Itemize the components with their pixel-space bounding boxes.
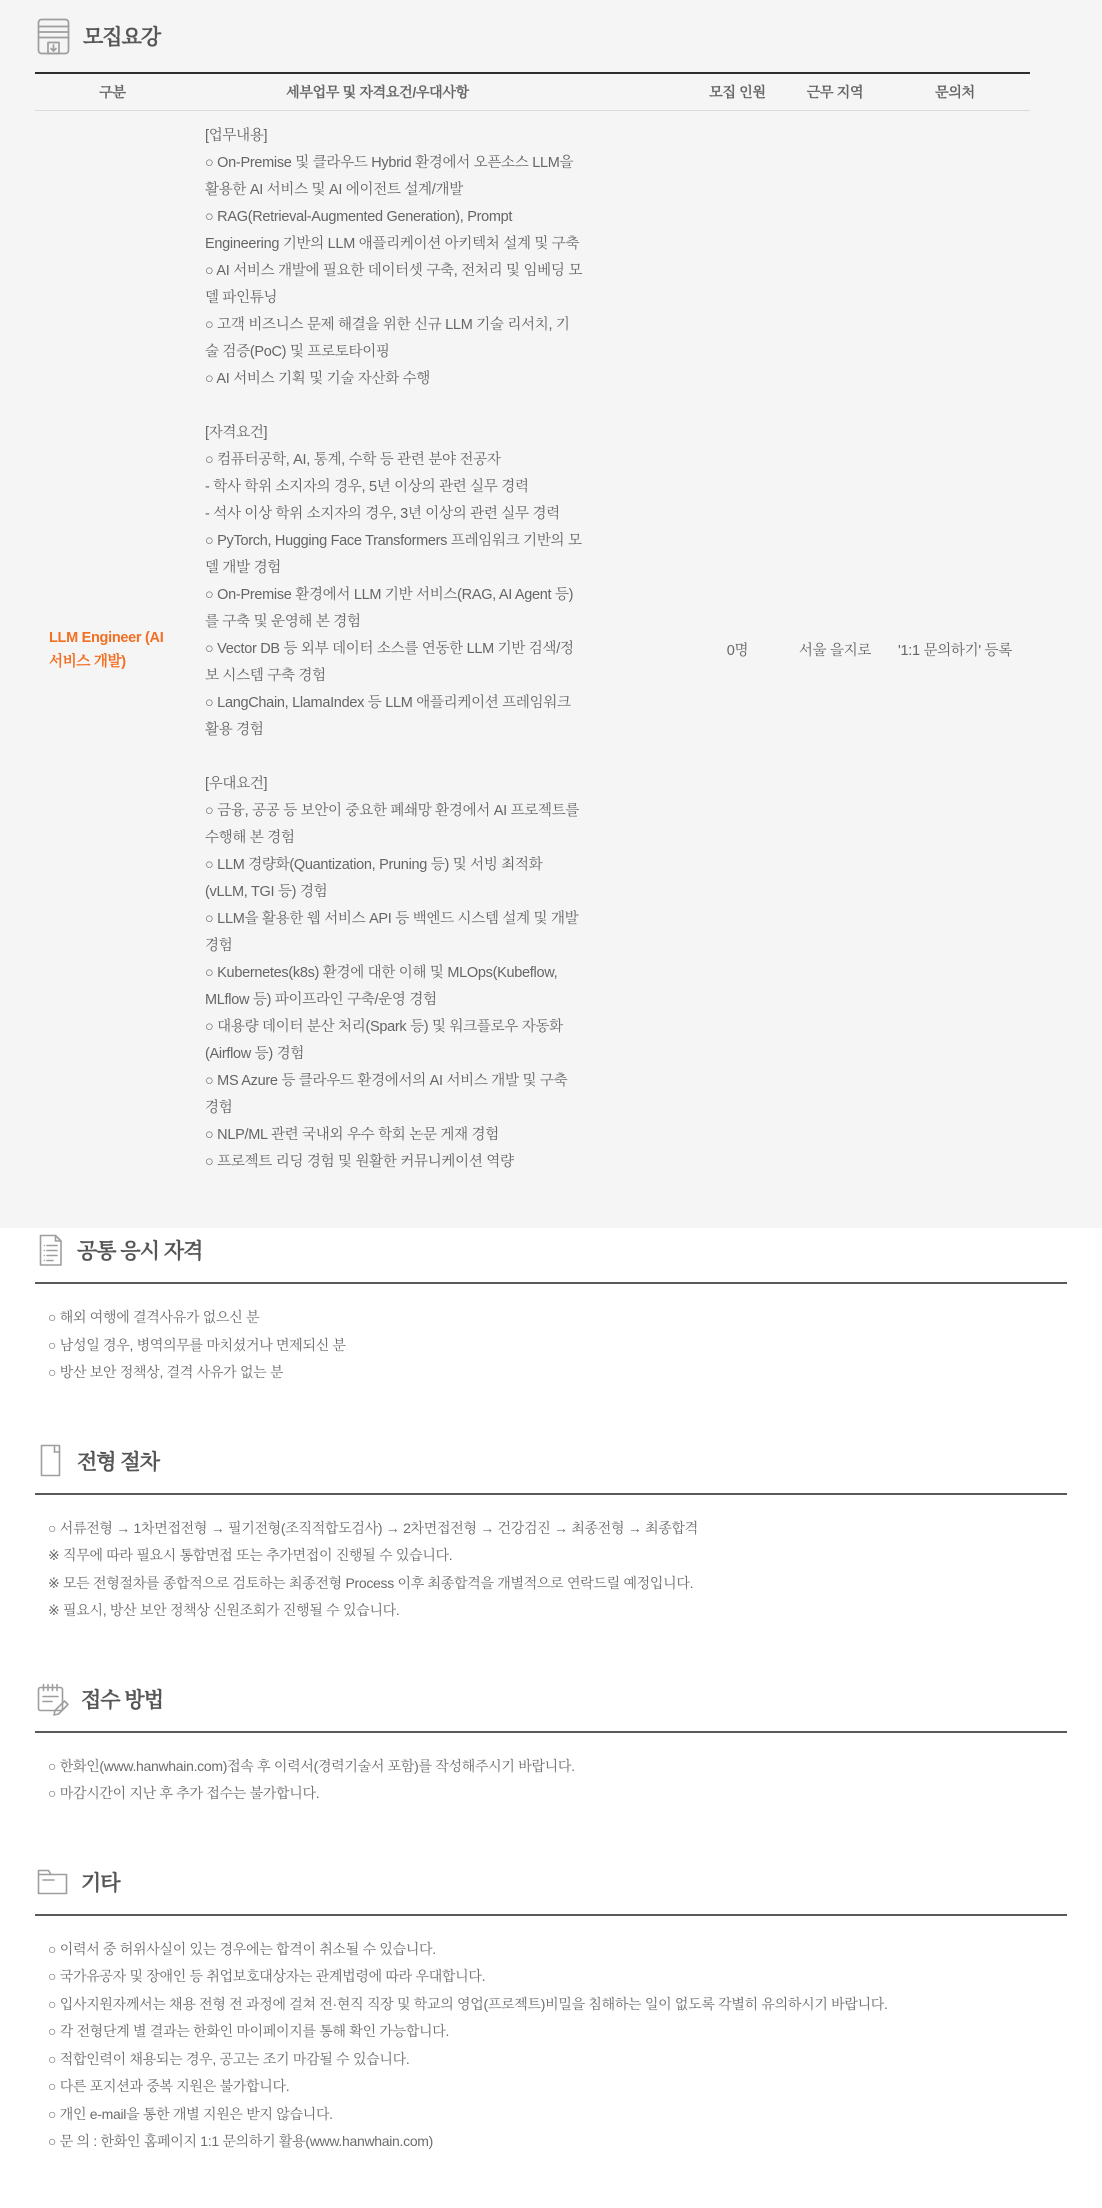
column-header-location: 근무 지역 <box>790 82 880 102</box>
etc-header: 기타 <box>35 1860 1067 1904</box>
detail-line: [우대요건] <box>205 771 583 798</box>
section-divider <box>35 1731 1067 1733</box>
list-item: ○ 이력서 중 허위사실이 있는 경우에는 합격이 취소될 수 있습니다. <box>48 1936 1067 1964</box>
common-qualification-list: ○ 해외 여행에 결격사유가 없으신 분 ○ 남성일 경우, 병역의무를 마치셨… <box>35 1304 1067 1387</box>
headcount-value: 0명 <box>685 639 790 660</box>
list-item: ○ 마감시간이 지난 후 추가 접수는 불가합니다. <box>48 1780 1067 1808</box>
list-item: ○ 서류전형 → 1차면접전형 → 필기전형(조직적합도검사) → 2차면접전형… <box>48 1515 1067 1543</box>
detail-line: ○ LangChain, LlamaIndex 등 LLM 애플리케이션 프레임… <box>205 690 583 744</box>
detail-line: ○ 고객 비즈니스 문제 해결을 위한 신규 LLM 기술 리서치, 기술 검증… <box>205 312 583 366</box>
section-application-method: 접수 방법 ○ 한화인(www.hanwhain.com)접속 후 이력서(경력… <box>35 1677 1067 1808</box>
list-item: ○ 다른 포지션과 중복 지원은 불가합니다. <box>48 2073 1067 2101</box>
table-row: LLM Engineer (AI 서비스 개발) [업무내용] ○ On-Pre… <box>35 111 1030 1190</box>
job-position-title: LLM Engineer (AI 서비스 개발) <box>35 626 190 674</box>
page-title: 모집요강 <box>83 21 160 51</box>
recruitment-overview-panel: 모집요강 구분 세부업무 및 자격요건/우대사항 모집 인원 근무 지역 문의처… <box>0 0 1102 1228</box>
section-divider <box>35 1914 1067 1916</box>
detail-line: ○ AI 서비스 기획 및 기술 자산화 수행 <box>205 366 583 393</box>
detail-line: ○ AI 서비스 개발에 필요한 데이터셋 구축, 전처리 및 임베딩 모델 파… <box>205 258 583 312</box>
application-method-list: ○ 한화인(www.hanwhain.com)접속 후 이력서(경력기술서 포함… <box>35 1753 1067 1808</box>
list-item: ※ 직무에 따라 필요시 통합면접 또는 추가면접이 진행될 수 있습니다. <box>48 1542 1067 1570</box>
calendar-pencil-icon <box>35 1680 70 1717</box>
selection-process-list: ○ 서류전형 → 1차면접전형 → 필기전형(조직적합도검사) → 2차면접전형… <box>35 1515 1067 1625</box>
detail-line: ○ LLM을 활용한 웹 서비스 API 등 백엔드 시스템 설계 및 개발 경… <box>205 906 583 960</box>
recruitment-overview-header: 모집요강 <box>35 14 1067 58</box>
detail-line <box>205 744 583 771</box>
job-detail-text: [업무내용] ○ On-Premise 및 클라우드 Hybrid 환경에서 오… <box>205 123 583 1176</box>
detail-line <box>205 393 583 420</box>
process-page-icon <box>35 1442 66 1479</box>
job-position-cell: LLM Engineer (AI 서비스 개발) <box>35 626 190 674</box>
list-item: ○ 방산 보안 정책상, 결격 사유가 없는 분 <box>48 1359 1067 1387</box>
detail-line: ○ 금융, 공공 등 보안이 중요한 폐쇄망 환경에서 AI 프로젝트를 수행해… <box>205 798 583 852</box>
list-item: ○ 개인 e-mail을 통한 개별 지원은 받지 않습니다. <box>48 2101 1067 2129</box>
detail-line: ○ On-Premise 환경에서 LLM 기반 서비스(RAG, AI Age… <box>205 582 583 636</box>
etc-list: ○ 이력서 중 허위사실이 있는 경우에는 합격이 취소될 수 있습니다. ○ … <box>35 1936 1067 2156</box>
list-item: ○ 해외 여행에 결격사유가 없으신 분 <box>48 1304 1067 1332</box>
job-detail-cell: [업무내용] ○ On-Premise 및 클라우드 Hybrid 환경에서 오… <box>190 123 685 1176</box>
detail-line: ○ 대용량 데이터 분산 처리(Spark 등) 및 워크플로우 자동화(Air… <box>205 1014 583 1068</box>
detail-line: ○ NLP/ML 관련 국내외 우수 학회 논문 게재 경험 <box>205 1122 583 1149</box>
detail-line: ○ 컴퓨터공학, AI, 통계, 수학 등 관련 분야 전공자 <box>205 447 583 474</box>
column-header-category: 구분 <box>35 82 190 102</box>
table-header-row: 구분 세부업무 및 자격요건/우대사항 모집 인원 근무 지역 문의처 <box>35 74 1030 111</box>
list-item: ※ 모든 전형절차를 종합적으로 검토하는 최종전형 Process 이후 최종… <box>48 1570 1067 1598</box>
document-list-icon <box>35 1232 66 1269</box>
list-item: ○ 입사지원자께서는 채용 전형 전 과정에 걸쳐 전·현직 직장 및 학교의 … <box>48 1991 1067 2019</box>
list-item: ○ 적합인력이 채용되는 경우, 공고는 조기 마감될 수 있습니다. <box>48 2046 1067 2074</box>
detail-line: ○ LLM 경량화(Quantization, Pruning 등) 및 서빙 … <box>205 852 583 906</box>
section-divider <box>35 1493 1067 1495</box>
job-posting-page: { "colors": { "accent_orange": "#f36f21"… <box>0 0 1102 2156</box>
location-value: 서울 을지로 <box>790 639 880 660</box>
column-header-contact: 문의처 <box>880 82 1030 102</box>
detail-line: ○ PyTorch, Hugging Face Transformers 프레임… <box>205 528 583 582</box>
section-title: 접수 방법 <box>81 1684 163 1714</box>
recruitment-table: 구분 세부업무 및 자격요건/우대사항 모집 인원 근무 지역 문의처 LLM … <box>35 72 1030 1190</box>
section-title: 공통 응시 자격 <box>77 1235 202 1265</box>
section-selection-process: 전형 절차 ○ 서류전형 → 1차면접전형 → 필기전형(조직적합도검사) → … <box>35 1439 1067 1625</box>
section-title: 기타 <box>81 1867 120 1897</box>
detail-line: [업무내용] <box>205 123 583 150</box>
detail-line: - 학사 학위 소지자의 경우, 5년 이상의 관련 실무 경력 <box>205 474 583 501</box>
column-header-headcount: 모집 인원 <box>685 82 790 102</box>
detail-line: ○ On-Premise 및 클라우드 Hybrid 환경에서 오픈소스 LLM… <box>205 150 583 204</box>
section-common-qualification: 공통 응시 자격 ○ 해외 여행에 결격사유가 없으신 분 ○ 남성일 경우, … <box>35 1228 1067 1387</box>
detail-line: [자격요건] <box>205 420 583 447</box>
list-item: ○ 남성일 경우, 병역의무를 마치셨거나 면제되신 분 <box>48 1332 1067 1360</box>
list-item: ○ 한화인(www.hanwhain.com)접속 후 이력서(경력기술서 포함… <box>48 1753 1067 1781</box>
section-title: 전형 절차 <box>77 1446 159 1476</box>
folder-icon <box>35 1865 70 1898</box>
list-item: ○ 각 전형단계 별 결과는 한화인 마이페이지를 통해 확인 가능합니다. <box>48 2018 1067 2046</box>
list-item: ※ 필요시, 방산 보안 정책상 신원조회가 진행될 수 있습니다. <box>48 1597 1067 1625</box>
application-method-header: 접수 방법 <box>35 1677 1067 1721</box>
column-header-detail: 세부업무 및 자격요건/우대사항 <box>190 82 685 102</box>
detail-line: ○ Vector DB 등 외부 데이터 소스를 연동한 LLM 기반 검색/정… <box>205 636 583 690</box>
list-item: ○ 국가유공자 및 장애인 등 취업보호대상자는 관계법령에 따라 우대합니다. <box>48 1963 1067 1991</box>
section-divider <box>35 1282 1067 1284</box>
recruitment-board-icon <box>35 16 72 57</box>
contact-value: '1:1 문의하기' 등록 <box>880 639 1030 660</box>
detail-line: - 석사 이상 학위 소지자의 경우, 3년 이상의 관련 실무 경력 <box>205 501 583 528</box>
list-item: ○ 문 의 : 한화인 홈페이지 1:1 문의하기 활용(www.hanwhai… <box>48 2128 1067 2156</box>
section-etc: 기타 ○ 이력서 중 허위사실이 있는 경우에는 합격이 취소될 수 있습니다.… <box>35 1860 1067 2156</box>
selection-process-header: 전형 절차 <box>35 1439 1067 1483</box>
detail-line: ○ Kubernetes(k8s) 환경에 대한 이해 및 MLOps(Kube… <box>205 960 583 1014</box>
detail-line: ○ MS Azure 등 클라우드 환경에서의 AI 서비스 개발 및 구축 경… <box>205 1068 583 1122</box>
detail-line: ○ RAG(Retrieval-Augmented Generation), P… <box>205 204 583 258</box>
common-qualification-header: 공통 응시 자격 <box>35 1228 1067 1272</box>
detail-line: ○ 프로젝트 리딩 경험 및 원활한 커뮤니케이션 역량 <box>205 1149 583 1176</box>
